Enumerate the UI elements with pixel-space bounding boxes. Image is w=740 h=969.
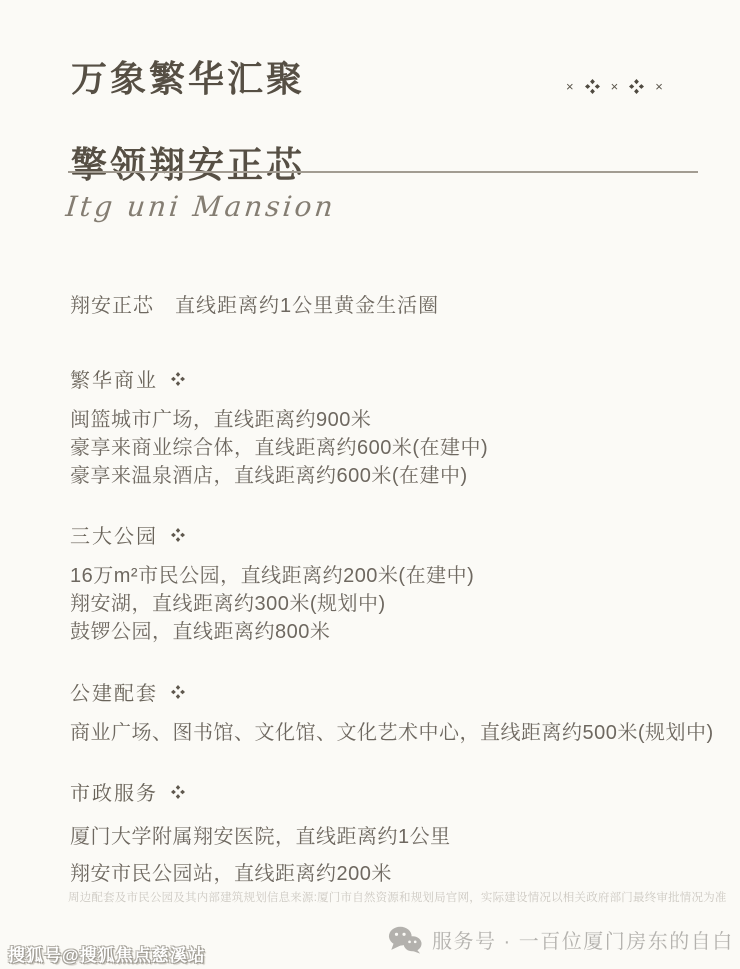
cross-icon: ×: [655, 80, 663, 93]
wechat-icon: [388, 925, 422, 954]
page-title-line1: 万象繁华汇聚: [71, 59, 305, 99]
info-line: 闽篮城市广场，直线距离约900米: [70, 406, 488, 434]
disclaimer-text: 周边配套及市民公园及其内部建筑规划信息来源:厦门市自然资源和规划局官网，实际建设…: [68, 889, 727, 905]
section-municipal-services: 市政服务 厦门大学附属翔安医院，直线距离约1公里 翔安市民公园站，直线距离约20…: [70, 777, 451, 893]
info-line: 厦门大学附属翔安医院，直线距离约1公里: [70, 819, 451, 856]
section-heading: 繁华商业: [70, 364, 488, 393]
promo-page: 万象繁华汇聚 擎领翔安正芯 × × × Itg uni Mansion 翔安正芯…: [0, 0, 740, 969]
section-parks: 三大公园 16万m²市民公园，直线距离约200米(在建中) 翔安湖，直线距离约3…: [70, 520, 474, 646]
wechat-watermark-text: 服务号 · 一百位厦门房东的自白: [432, 925, 734, 954]
cross-icon: ×: [566, 80, 574, 93]
header-decoration: × × ×: [566, 76, 663, 96]
info-line: 豪享来商业综合体，直线距离约600米(在建中): [70, 434, 488, 462]
section-title: 公建配套: [70, 677, 158, 706]
quad-diamond-icon: [171, 785, 185, 799]
info-line: 豪享来温泉酒店，直线距离约600米(在建中): [70, 462, 488, 490]
page-title: 万象繁华汇聚 擎领翔安正芯: [71, 58, 305, 187]
info-line: 翔安湖，直线距离约300米(规划中): [70, 590, 474, 618]
brand-script: Itg uni Mansion: [64, 190, 337, 223]
section-title: 繁华商业: [70, 364, 158, 393]
info-line: 16万m²市民公园，直线距离约200米(在建中): [70, 562, 474, 590]
section-heading: 公建配套: [70, 677, 714, 706]
section-lines: 商业广场、图书馆、文化馆、文化艺术中心，直线距离约500米(规划中): [70, 719, 714, 747]
section-title: 三大公园: [70, 520, 158, 549]
section-lines: 厦门大学附属翔安医院，直线距离约1公里 翔安市民公园站，直线距离约200米: [70, 819, 451, 893]
quad-diamond-icon: [585, 79, 600, 94]
cross-icon: ×: [611, 80, 619, 93]
info-line: 翔安市民公园站，直线距离约200米: [70, 856, 451, 893]
section-heading: 市政服务: [70, 777, 451, 806]
quad-diamond-icon: [629, 79, 644, 94]
wechat-watermark: 服务号 · 一百位厦门房东的自白: [388, 925, 734, 954]
sohu-watermark: 搜狐号@搜狐焦点慈溪站: [8, 941, 206, 966]
quad-diamond-icon: [171, 372, 185, 386]
quad-diamond-icon: [171, 528, 185, 542]
info-line: 鼓锣公园，直线距离约800米: [70, 618, 474, 646]
section-lines: 16万m²市民公园，直线距离约200米(在建中) 翔安湖，直线距离约300米(规…: [70, 562, 474, 646]
section-heading: 三大公园: [70, 520, 474, 549]
intro-line: 翔安正芯 直线距离约1公里黄金生活圈: [70, 289, 439, 318]
section-title: 市政服务: [70, 777, 158, 806]
page-title-line2: 擎领翔安正芯: [71, 145, 305, 185]
section-commerce: 繁华商业 闽篮城市广场，直线距离约900米 豪享来商业综合体，直线距离约600米…: [70, 364, 488, 490]
section-lines: 闽篮城市广场，直线距离约900米 豪享来商业综合体，直线距离约600米(在建中)…: [70, 406, 488, 490]
quad-diamond-icon: [171, 685, 185, 699]
header-divider: [68, 171, 698, 173]
section-public-facilities: 公建配套 商业广场、图书馆、文化馆、文化艺术中心，直线距离约500米(规划中): [70, 677, 714, 747]
info-line: 商业广场、图书馆、文化馆、文化艺术中心，直线距离约500米(规划中): [70, 719, 714, 747]
